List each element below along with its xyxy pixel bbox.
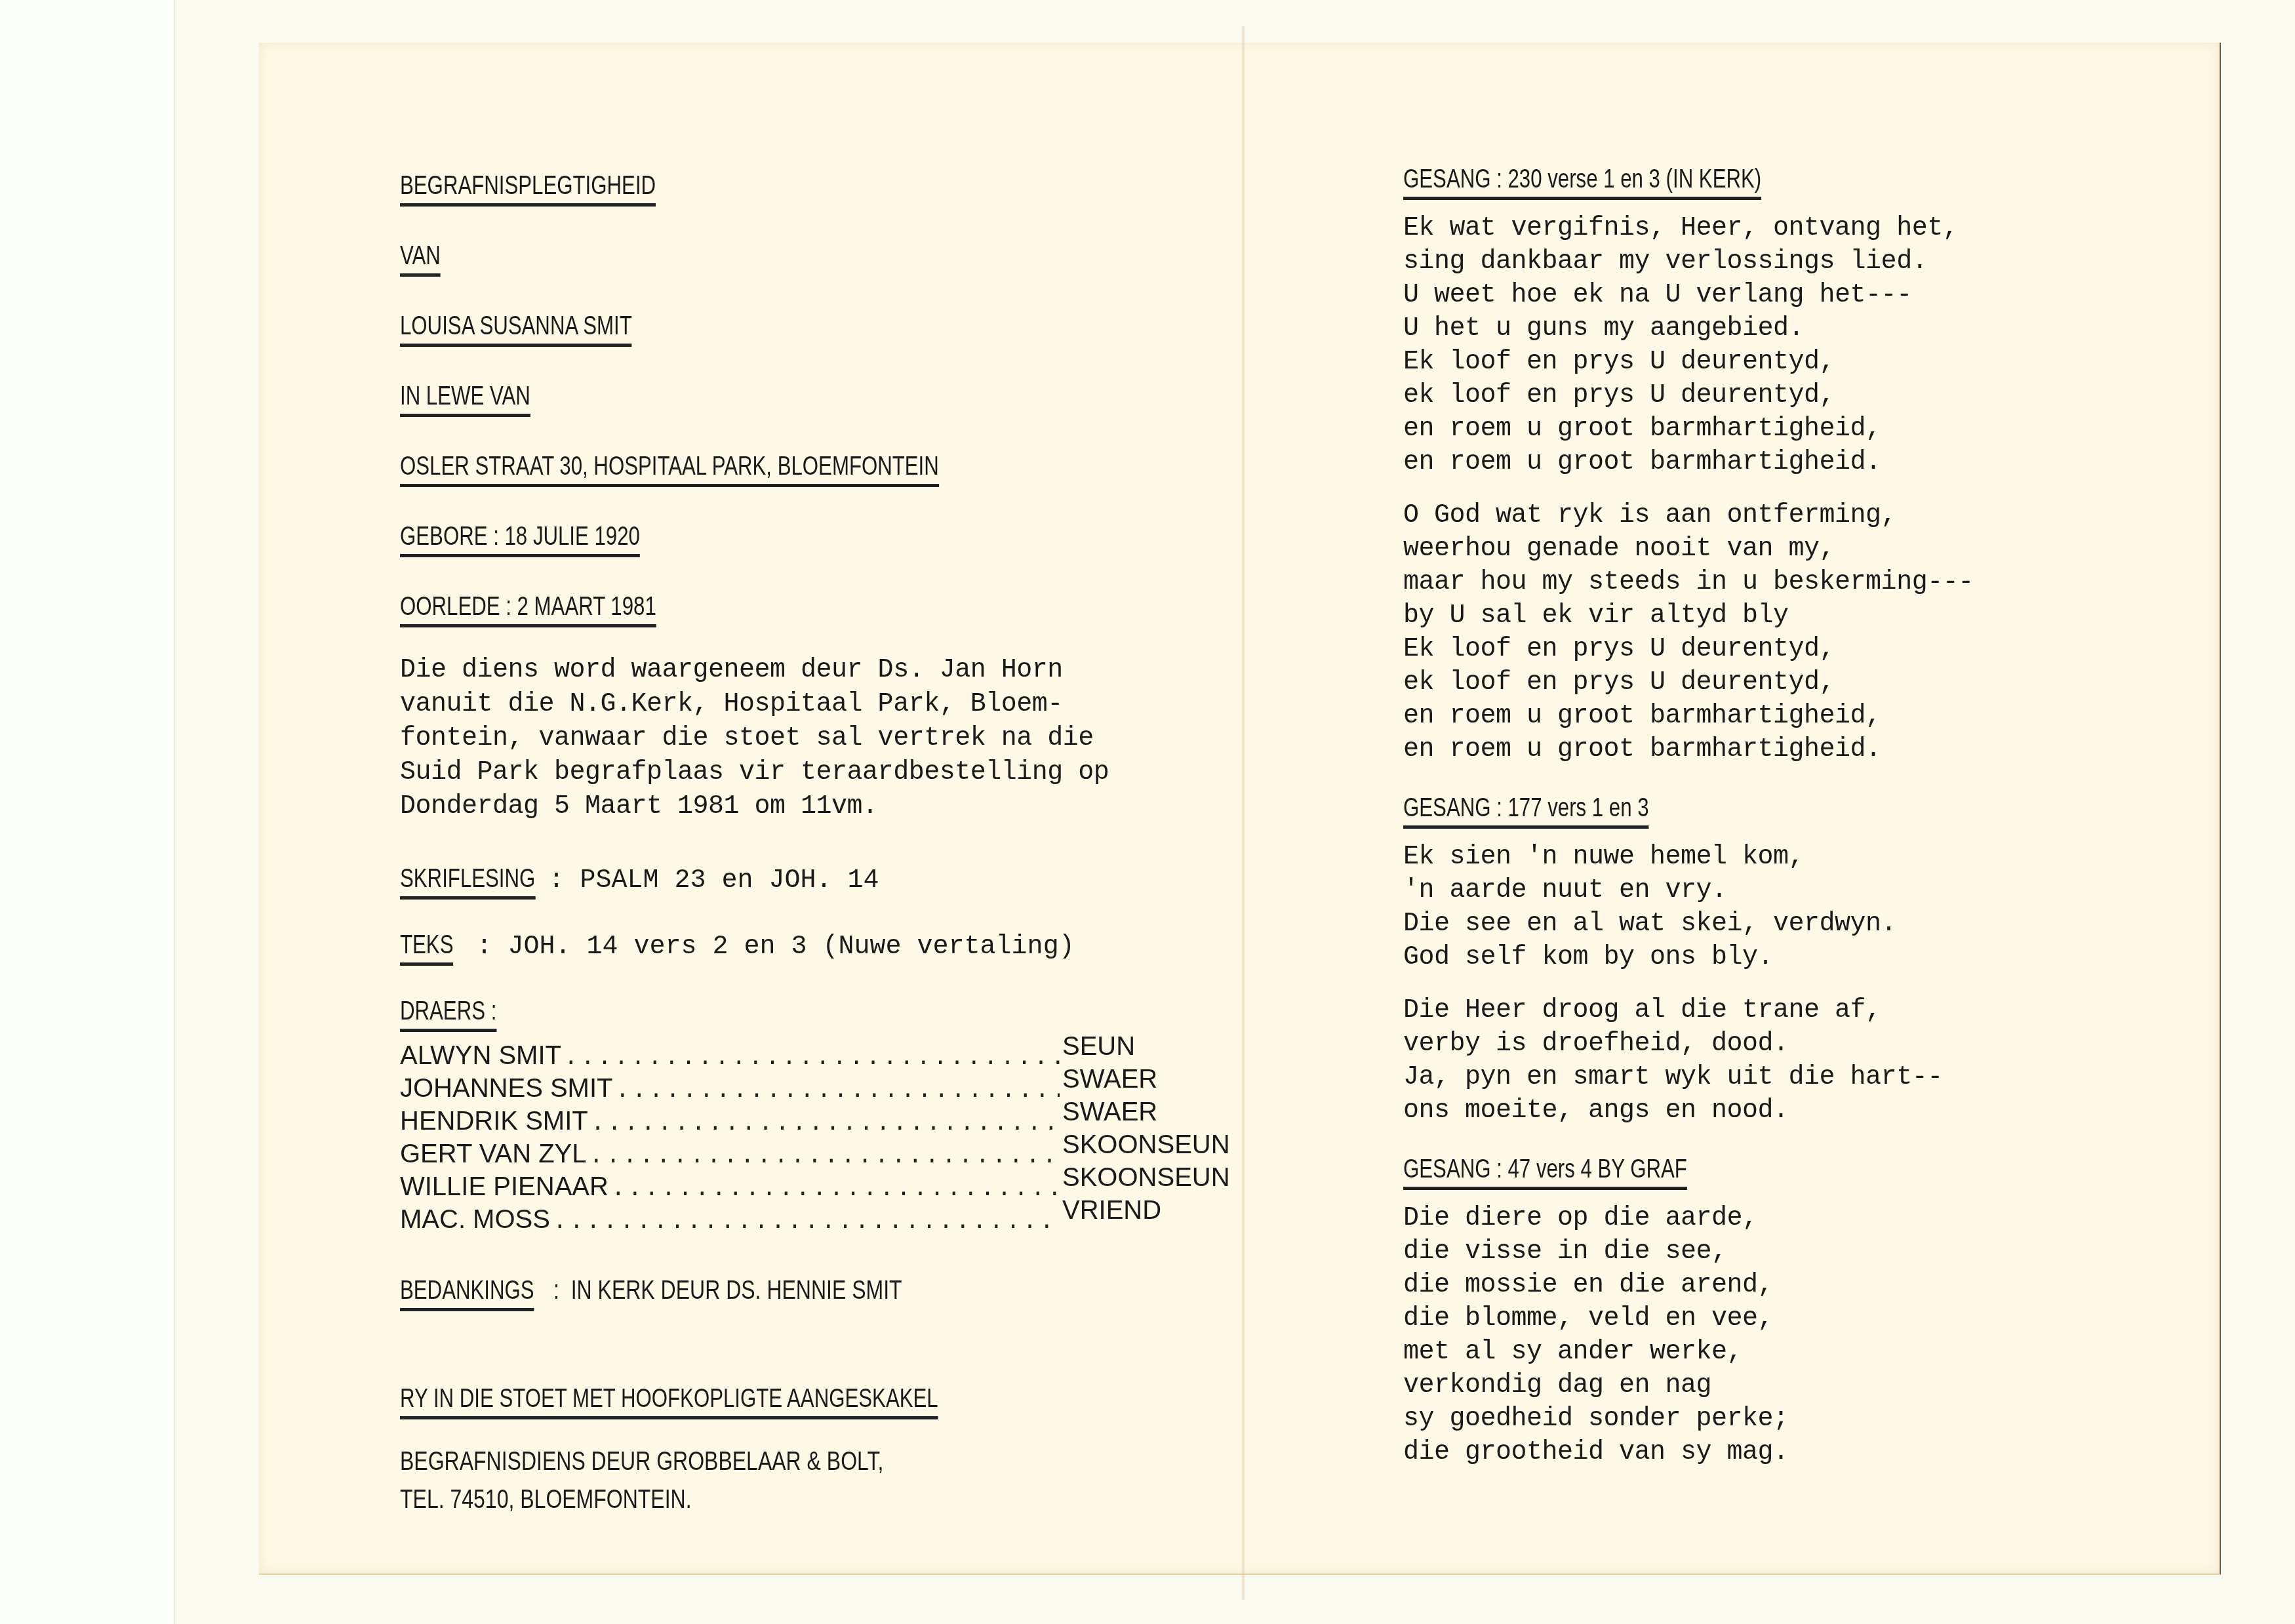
page-fold-line bbox=[1241, 26, 1245, 1600]
lyric-line: en roem u groot barmhartigheid. bbox=[1403, 733, 2059, 766]
lyric-line: sy goedheid sonder perke; bbox=[1403, 1402, 2059, 1436]
bearer-relation: SKOONSEUN bbox=[1062, 1130, 1213, 1160]
bearers-label: DRAERS : bbox=[400, 996, 496, 1032]
deceased-name: LOUISA SUSANNA SMIT bbox=[400, 311, 632, 347]
lyric-line: 'n aarde nuut en vry. bbox=[1403, 874, 2059, 907]
lyric-line: sing dankbaar my verlossings lied. bbox=[1403, 245, 2059, 279]
dot-leader: .............................. bbox=[611, 1176, 1060, 1202]
service-paragraph: Die diens word waargeneem deur Ds. Jan H… bbox=[400, 654, 1213, 824]
lyric-line: die blomme, veld en vee, bbox=[1403, 1302, 2059, 1336]
lyric-line: Ek loof en prys U deurentyd, bbox=[1403, 633, 2059, 666]
service-line: Donderdag 5 Maart 1981 om 11vm. bbox=[400, 790, 1213, 824]
address: OSLER STRAAT 30, HOSPITAAL PARK, BLOEMFO… bbox=[400, 451, 939, 487]
bearer-relation: SWAER bbox=[1062, 1098, 1213, 1127]
bearer-relation: SKOONSEUN bbox=[1062, 1163, 1213, 1193]
text-label: TEKS bbox=[400, 930, 453, 966]
program-title: BEGRAFNISPLEGTIGHEID bbox=[400, 170, 656, 207]
undertaker-line: TEL. 74510, BLOEMFONTEIN. bbox=[400, 1484, 692, 1515]
birth-date: GEBORE : 18 JULIE 1920 bbox=[400, 521, 640, 557]
lyric-line: Die diere op die aarde, bbox=[1403, 1202, 2059, 1235]
service-line: Suid Park begrafplaas vir teraardbestell… bbox=[400, 756, 1213, 790]
lyric-line: God self kom by ons bly. bbox=[1403, 941, 2059, 974]
lyric-line: Ek loof en prys U deurentyd, bbox=[1403, 346, 2059, 379]
bearers-list: ALWYN SMIT .............................… bbox=[400, 1041, 1213, 1238]
lyric-line: en roem u groot barmhartigheid. bbox=[1403, 446, 2059, 479]
lyric-line: verby is droefheid, dood. bbox=[1403, 1027, 2059, 1061]
lyric-line: Ja, pyn en smart wyk uit die hart-- bbox=[1403, 1061, 2059, 1094]
lyric-line: maar hou my steeds in u beskerming--- bbox=[1403, 566, 2059, 599]
undertaker-info: BEGRAFNISDIENS DEUR GROBBELAAR & BOLT, T… bbox=[400, 1446, 1213, 1515]
bearer-name: ALWYN SMIT bbox=[400, 1041, 561, 1071]
lyric-line: by U sal ek vir altyd bly bbox=[1403, 599, 2059, 633]
lyric-line: en roem u groot barmhartigheid, bbox=[1403, 700, 2059, 733]
lyric-line: met al sy ander werke, bbox=[1403, 1336, 2059, 1369]
procession-note: RY IN DIE STOET MET HOOFKOPLIGTE AANGESK… bbox=[400, 1383, 938, 1419]
bearer-relation: VRIEND bbox=[1062, 1196, 1213, 1225]
undertaker-line: BEGRAFNISDIENS DEUR GROBBELAAR & BOLT, bbox=[400, 1446, 883, 1477]
lyric-line: ek loof en prys U deurentyd, bbox=[1403, 379, 2059, 412]
dot-leader: .............................. bbox=[589, 1143, 1060, 1170]
scripture-reading: SKRIFLESING : PSALM 23 en JOH. 14 bbox=[400, 863, 1213, 900]
lyric-line: en roem u groot barmhartigheid, bbox=[1403, 412, 2059, 446]
bearer-name: GERT VAN ZYL bbox=[400, 1139, 587, 1169]
lyric-line: Die see en al wat skei, verdwyn. bbox=[1403, 907, 2059, 941]
service-line: fontein, vanwaar die stoet sal vertrek n… bbox=[400, 722, 1213, 756]
late-of-label: IN LEWE VAN bbox=[400, 381, 530, 417]
scripture-value: : PSALM 23 en JOH. 14 bbox=[549, 866, 879, 896]
dot-leader: .............................. bbox=[591, 1110, 1060, 1137]
stanza: Die Heer droog al die trane af, verby is… bbox=[1403, 994, 2059, 1128]
stanza: Die diere op die aarde, die visse in die… bbox=[1403, 1202, 2059, 1469]
sermon-text: TEKS : JOH. 14 vers 2 en 3 (Nuwe vertali… bbox=[400, 930, 1213, 966]
hymn-heading: GESANG : 230 verse 1 en 3 (IN KERK) bbox=[1403, 164, 1761, 200]
lyric-line: verkondig dag en nag bbox=[1403, 1369, 2059, 1402]
lyric-line: weerhou genade nooit van my, bbox=[1403, 532, 2059, 566]
right-page: GESANG : 230 verse 1 en 3 (IN KERK) Ek w… bbox=[1403, 164, 2059, 1495]
bearer-row: MAC. MOSS ..............................… bbox=[400, 1205, 1213, 1238]
lyric-line: O God wat ryk is aan ontferming, bbox=[1403, 499, 2059, 532]
dot-leader: .............................. bbox=[564, 1044, 1060, 1071]
text-value: : JOH. 14 vers 2 en 3 (Nuwe vertaling) bbox=[476, 932, 1074, 962]
thanks-label: BEDANKINGS bbox=[400, 1275, 534, 1311]
lyric-line: Die Heer droog al die trane af, bbox=[1403, 994, 2059, 1027]
hymn-230: GESANG : 230 verse 1 en 3 (IN KERK) Ek w… bbox=[1403, 164, 2059, 766]
thanks-value: : IN KERK DEUR DS. HENNIE SMIT bbox=[553, 1275, 902, 1306]
lyric-line: die grootheid van sy mag. bbox=[1403, 1436, 2059, 1469]
scripture-label: SKRIFLESING bbox=[400, 863, 535, 900]
hymn-heading: GESANG : 47 vers 4 BY GRAF bbox=[1403, 1154, 1687, 1190]
lyric-line: ons moeite, angs en nood. bbox=[1403, 1094, 2059, 1128]
bearer-relation: SWAER bbox=[1062, 1065, 1213, 1094]
lyric-line: Ek wat vergifnis, Heer, ontvang het, bbox=[1403, 212, 2059, 245]
left-page: BEGRAFNISPLEGTIGHEID VAN LOUISA SUSANNA … bbox=[400, 170, 1213, 1515]
lyric-line: ek loof en prys U deurentyd, bbox=[1403, 666, 2059, 700]
lyric-line: die mossie en die arend, bbox=[1403, 1269, 2059, 1302]
lyric-line: U weet hoe ek na U verlang het--- bbox=[1403, 279, 2059, 312]
bearer-name: WILLIE PIENAAR bbox=[400, 1172, 609, 1202]
bearer-name: JOHANNES SMIT bbox=[400, 1074, 612, 1103]
lyric-line: U het u guns my aangebied. bbox=[1403, 312, 2059, 346]
of-label: VAN bbox=[400, 241, 441, 277]
service-line: Die diens word waargeneem deur Ds. Jan H… bbox=[400, 654, 1213, 688]
lyric-line: Ek sien 'n nuwe hemel kom, bbox=[1403, 841, 2059, 874]
stanza: Ek sien 'n nuwe hemel kom, 'n aarde nuut… bbox=[1403, 841, 2059, 974]
hymn-177: GESANG : 177 vers 1 en 3 Ek sien 'n nuwe… bbox=[1403, 793, 2059, 1128]
thanks-row: BEDANKINGS : IN KERK DEUR DS. HENNIE SMI… bbox=[400, 1275, 1213, 1311]
hymn-heading: GESANG : 177 vers 1 en 3 bbox=[1403, 793, 1649, 829]
stanza: Ek wat vergifnis, Heer, ontvang het, sin… bbox=[1403, 212, 2059, 479]
lyric-line: die visse in die see, bbox=[1403, 1235, 2059, 1269]
hymn-47: GESANG : 47 vers 4 BY GRAF Die diere op … bbox=[1403, 1154, 2059, 1469]
death-date: OORLEDE : 2 MAART 1981 bbox=[400, 591, 656, 627]
service-line: vanuit die N.G.Kerk, Hospitaal Park, Blo… bbox=[400, 688, 1213, 722]
bearer-name: MAC. MOSS bbox=[400, 1205, 550, 1235]
bearer-relation: SEUN bbox=[1062, 1032, 1213, 1061]
stanza: O God wat ryk is aan ontferming, weerhou… bbox=[1403, 499, 2059, 766]
dot-leader: .............................. bbox=[615, 1077, 1060, 1104]
dot-leader: .............................. bbox=[553, 1208, 1060, 1235]
bearer-name: HENDRIK SMIT bbox=[400, 1107, 588, 1136]
